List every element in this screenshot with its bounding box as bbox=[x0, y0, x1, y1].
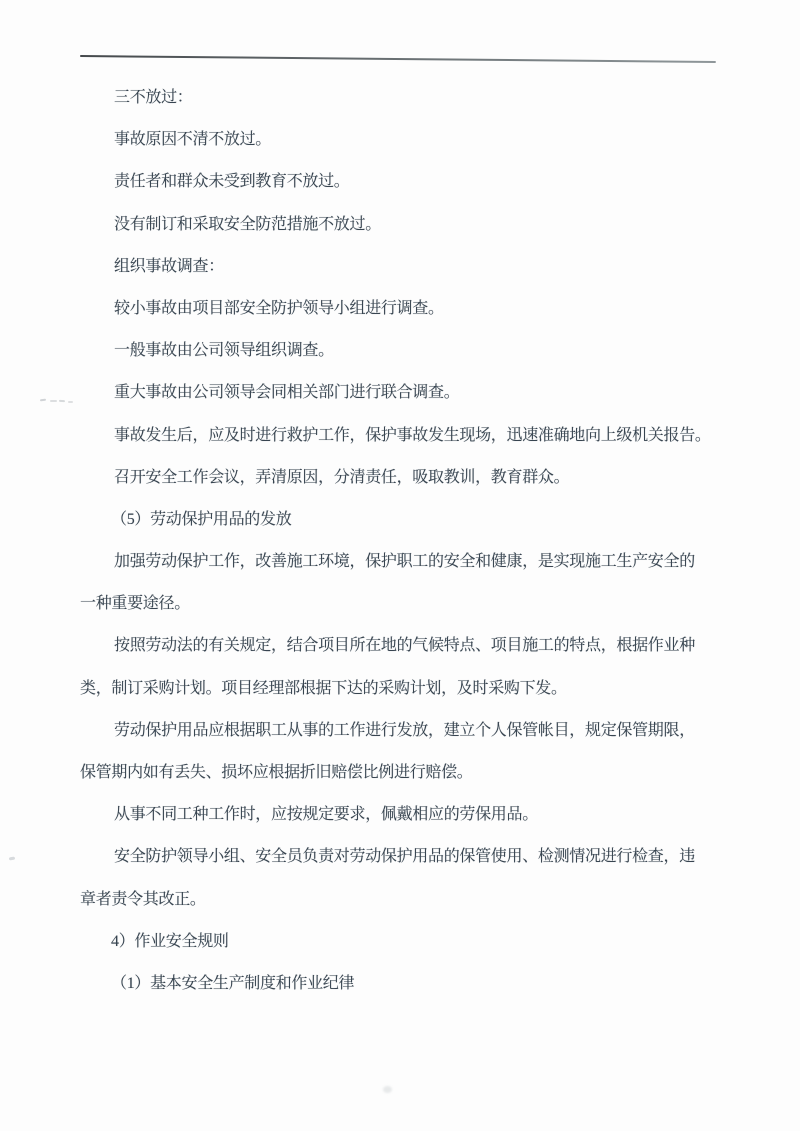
text-line: 组织事故调查： bbox=[0, 246, 800, 288]
text-line: 召开安全工作会议，弄清原因，分清责任，吸取教训，教育群众。 bbox=[0, 457, 800, 499]
text-line: 责任者和群众未受到教育不放过。 bbox=[0, 161, 800, 203]
text-lines: 三不放过：事故原因不清不放过。责任者和群众未受到教育不放过。没有制订和采取安全防… bbox=[0, 77, 800, 1005]
scan-artifact-smudge bbox=[40, 395, 76, 405]
text-line: 三不放过： bbox=[0, 77, 800, 119]
text-line: 一种重要途径。 bbox=[0, 583, 800, 625]
text-line: 加强劳动保护工作，改善施工环境，保护职工的安全和健康，是实现施工生产安全的 bbox=[0, 541, 800, 583]
scanned-page: 三不放过：事故原因不清不放过。责任者和群众未受到教育不放过。没有制订和采取安全防… bbox=[0, 0, 800, 1131]
text-line: 章者责令其改正。 bbox=[0, 879, 800, 921]
text-line: 较小事故由项目部安全防护领导小组进行调查。 bbox=[0, 288, 800, 330]
text-line: 按照劳动法的有关规定，结合项目所在地的气候特点、项目施工的特点，根据作业种 bbox=[0, 625, 800, 667]
text-line: 劳动保护用品应根据职工从事的工作进行发放，建立个人保管帐目，规定保管期限， bbox=[0, 710, 800, 752]
text-line: 重大事故由公司领导会同相关部门进行联合调查。 bbox=[0, 372, 800, 414]
text-line: 类，制订采购计划。项目经理部根据下达的采购计划，及时采购下发。 bbox=[0, 668, 800, 710]
scan-artifact-speck-bottom bbox=[383, 1086, 392, 1093]
text-line: 安全防护领导小组、安全员负责对劳动保护用品的保管使用、检测情况进行检查，违 bbox=[0, 836, 800, 878]
text-line: 一般事故由公司领导组织调查。 bbox=[0, 330, 800, 372]
text-line: 没有制订和采取安全防范措施不放过。 bbox=[0, 204, 800, 246]
top-rule bbox=[80, 55, 716, 63]
text-line: 从事不同工种工作时，应按规定要求，佩戴相应的劳保用品。 bbox=[0, 794, 800, 836]
text-line: （5）劳动保护用品的发放 bbox=[0, 499, 800, 541]
text-line: 事故原因不清不放过。 bbox=[0, 119, 800, 161]
text-line: 事故发生后，应及时进行救护工作，保护事故发生现场，迅速准确地向上级机关报告。 bbox=[0, 415, 800, 457]
text-line: 4）作业安全规则 bbox=[0, 921, 800, 963]
text-line: （1）基本安全生产制度和作业纪律 bbox=[0, 963, 800, 1005]
text-line: 保管期内如有丢失、损坏应根据折旧赔偿比例进行赔偿。 bbox=[0, 752, 800, 794]
